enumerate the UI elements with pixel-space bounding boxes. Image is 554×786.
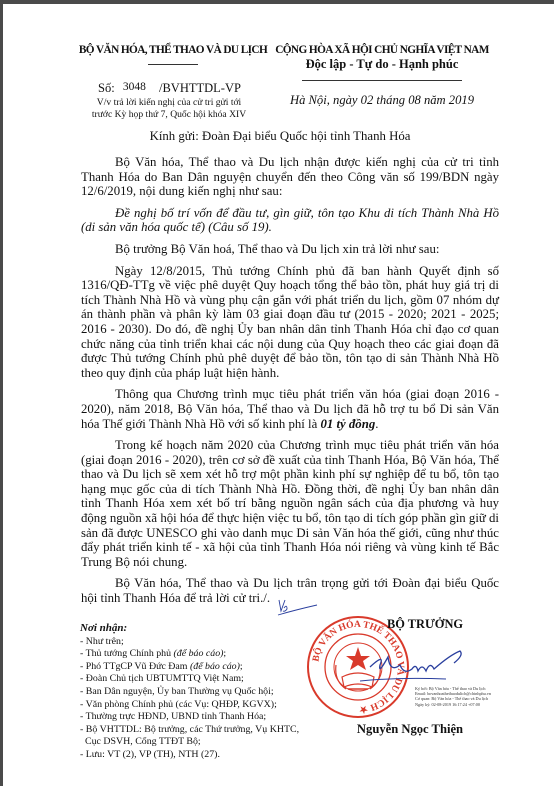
place-date: Hà Nội, ngày 02 tháng 08 năm 2019: [262, 93, 502, 108]
subject-line: trước Kỳ họp thứ 7, Quốc hội khóa XIV: [74, 109, 264, 121]
recipient-text: - Đoàn Chủ tịch UBTUMTTQ Việt Nam;: [80, 673, 244, 684]
issuing-organization: BỘ VĂN HÓA, THỂ THAO VÀ DU LỊCH: [78, 44, 268, 56]
recipient-item: - Thủ tướng Chính phủ (để báo cáo);: [80, 648, 330, 661]
digital-signature-info: Ký bởi: Bộ Văn hóa - Thể thao và Du lịch…: [415, 686, 535, 707]
national-motto: Độc lập - Tự do - Hạnh phúc: [262, 57, 502, 72]
paragraph: Ngày 12/8/2015, Thủ tướng Chính phủ đã b…: [81, 264, 499, 381]
recipient-text: - Như trên;: [80, 636, 124, 647]
signature-block: BỘ VĂN HÓA THỂ THAO VÀ DU LỊCH ★ BỘ TRƯỞ…: [300, 600, 554, 786]
recipient-item: - Phó TTgCP Vũ Đức Đam (để báo cáo);: [80, 661, 330, 674]
recipient-item: - Thường trực HĐND, UBND tỉnh Thanh Hóa;: [80, 711, 330, 724]
document-number-label: Số:: [98, 81, 115, 95]
recipient-item-continuation: Cục DSVH, Cổng TTĐT Bộ;: [80, 736, 330, 749]
addressee: Kính gửi: Đoàn Đại biểu Quốc hội tỉnh Th…: [60, 129, 500, 144]
paragraph: Thông qua Chương trình mục tiêu phát tri…: [81, 387, 499, 431]
issuing-organization-block: BỘ VĂN HÓA, THỂ THAO VÀ DU LỊCH: [78, 44, 268, 65]
recipient-text: - Ban Dân nguyện, Ủy ban Thường vụ Quốc …: [80, 686, 274, 697]
digital-signature-line: Ngày ký: 02-08-2019 16:17:24 +07:00: [415, 702, 535, 707]
recipient-item: - Đoàn Chủ tịch UBTUMTTQ Việt Nam;: [80, 673, 330, 686]
recipient-text: - Thường trực HĐND, UBND tỉnh Thanh Hóa;: [80, 711, 266, 722]
recipient-note: (để báo cáo): [190, 661, 240, 672]
document-code: /BVHTTDL-VP: [159, 81, 241, 95]
national-title: CỘNG HÒA XÃ HỘI CHỦ NGHĨA VIỆT NAM: [262, 44, 502, 56]
recipient-text: - Bộ VHTTDL: Bộ trưởng, các Thứ trưởng, …: [80, 724, 299, 735]
voter-request: Đề nghị bố trí vốn để đầu tư, gìn giữ, t…: [81, 206, 499, 235]
recipients-title: Nơi nhận:: [80, 622, 330, 635]
recipient-end: ;: [240, 661, 243, 672]
recipient-text: Cục DSVH, Cổng TTĐT Bộ;: [85, 736, 201, 747]
document-body: Bộ Văn hóa, Thể thao và Du lịch nhận đượ…: [81, 155, 499, 613]
national-title-block: CỘNG HÒA XÃ HỘI CHỦ NGHĨA VIỆT NAM Độc l…: [262, 44, 502, 81]
document-subject: V/v trả lời kiến nghị của cử tri gửi tới…: [74, 97, 264, 121]
recipient-text: - Lưu: VT (2), VP (TH), NTH (27).: [80, 749, 220, 760]
subject-line: V/v trả lời kiến nghị của cử tri gửi tới: [74, 97, 264, 109]
recipient-item: - Văn phòng Chính phủ (các Vụ: QHĐP, KGV…: [80, 699, 330, 712]
paragraph: Bộ Văn hóa, Thể thao và Du lịch nhận đượ…: [81, 155, 499, 199]
divider: [148, 64, 198, 65]
handwritten-signature-icon: [360, 645, 470, 685]
recipient-item: - Như trên;: [80, 636, 330, 649]
recipient-item: - Lưu: VT (2), VP (TH), NTH (27).: [80, 749, 330, 762]
paragraph-end: .: [375, 417, 378, 431]
funding-amount: 01 tỷ đồng: [320, 417, 375, 431]
recipient-text: - Phó TTgCP Vũ Đức Đam: [80, 661, 190, 672]
signer-name: Nguyễn Ngọc Thiện: [340, 722, 480, 737]
recipient-text: - Thủ tướng Chính phủ: [80, 648, 174, 659]
recipient-text: - Văn phòng Chính phủ (các Vụ: QHĐP, KGV…: [80, 699, 277, 710]
recipients-list: Nơi nhận: - Như trên; - Thủ tướng Chính …: [80, 622, 330, 762]
signer-title: BỘ TRƯỞNG: [370, 617, 480, 632]
recipient-item: - Ban Dân nguyện, Ủy ban Thường vụ Quốc …: [80, 686, 330, 699]
paragraph: Trong kế hoạch năm 2020 của Chương trình…: [81, 438, 499, 569]
paragraph: Bộ trưởng Bộ Văn hoá, Thể thao và Du lịc…: [81, 242, 499, 257]
divider: [302, 80, 462, 81]
recipient-note: (để báo cáo): [174, 648, 224, 659]
recipient-item: - Bộ VHTTDL: Bộ trưởng, các Thứ trưởng, …: [80, 724, 330, 737]
recipient-end: ;: [223, 648, 226, 659]
document-number: Số: 3048 /BVHTTDL-VP: [82, 81, 257, 96]
document-number-value: 3048: [123, 81, 146, 93]
paragraph-text: Thông qua Chương trình mục tiêu phát tri…: [81, 387, 499, 430]
